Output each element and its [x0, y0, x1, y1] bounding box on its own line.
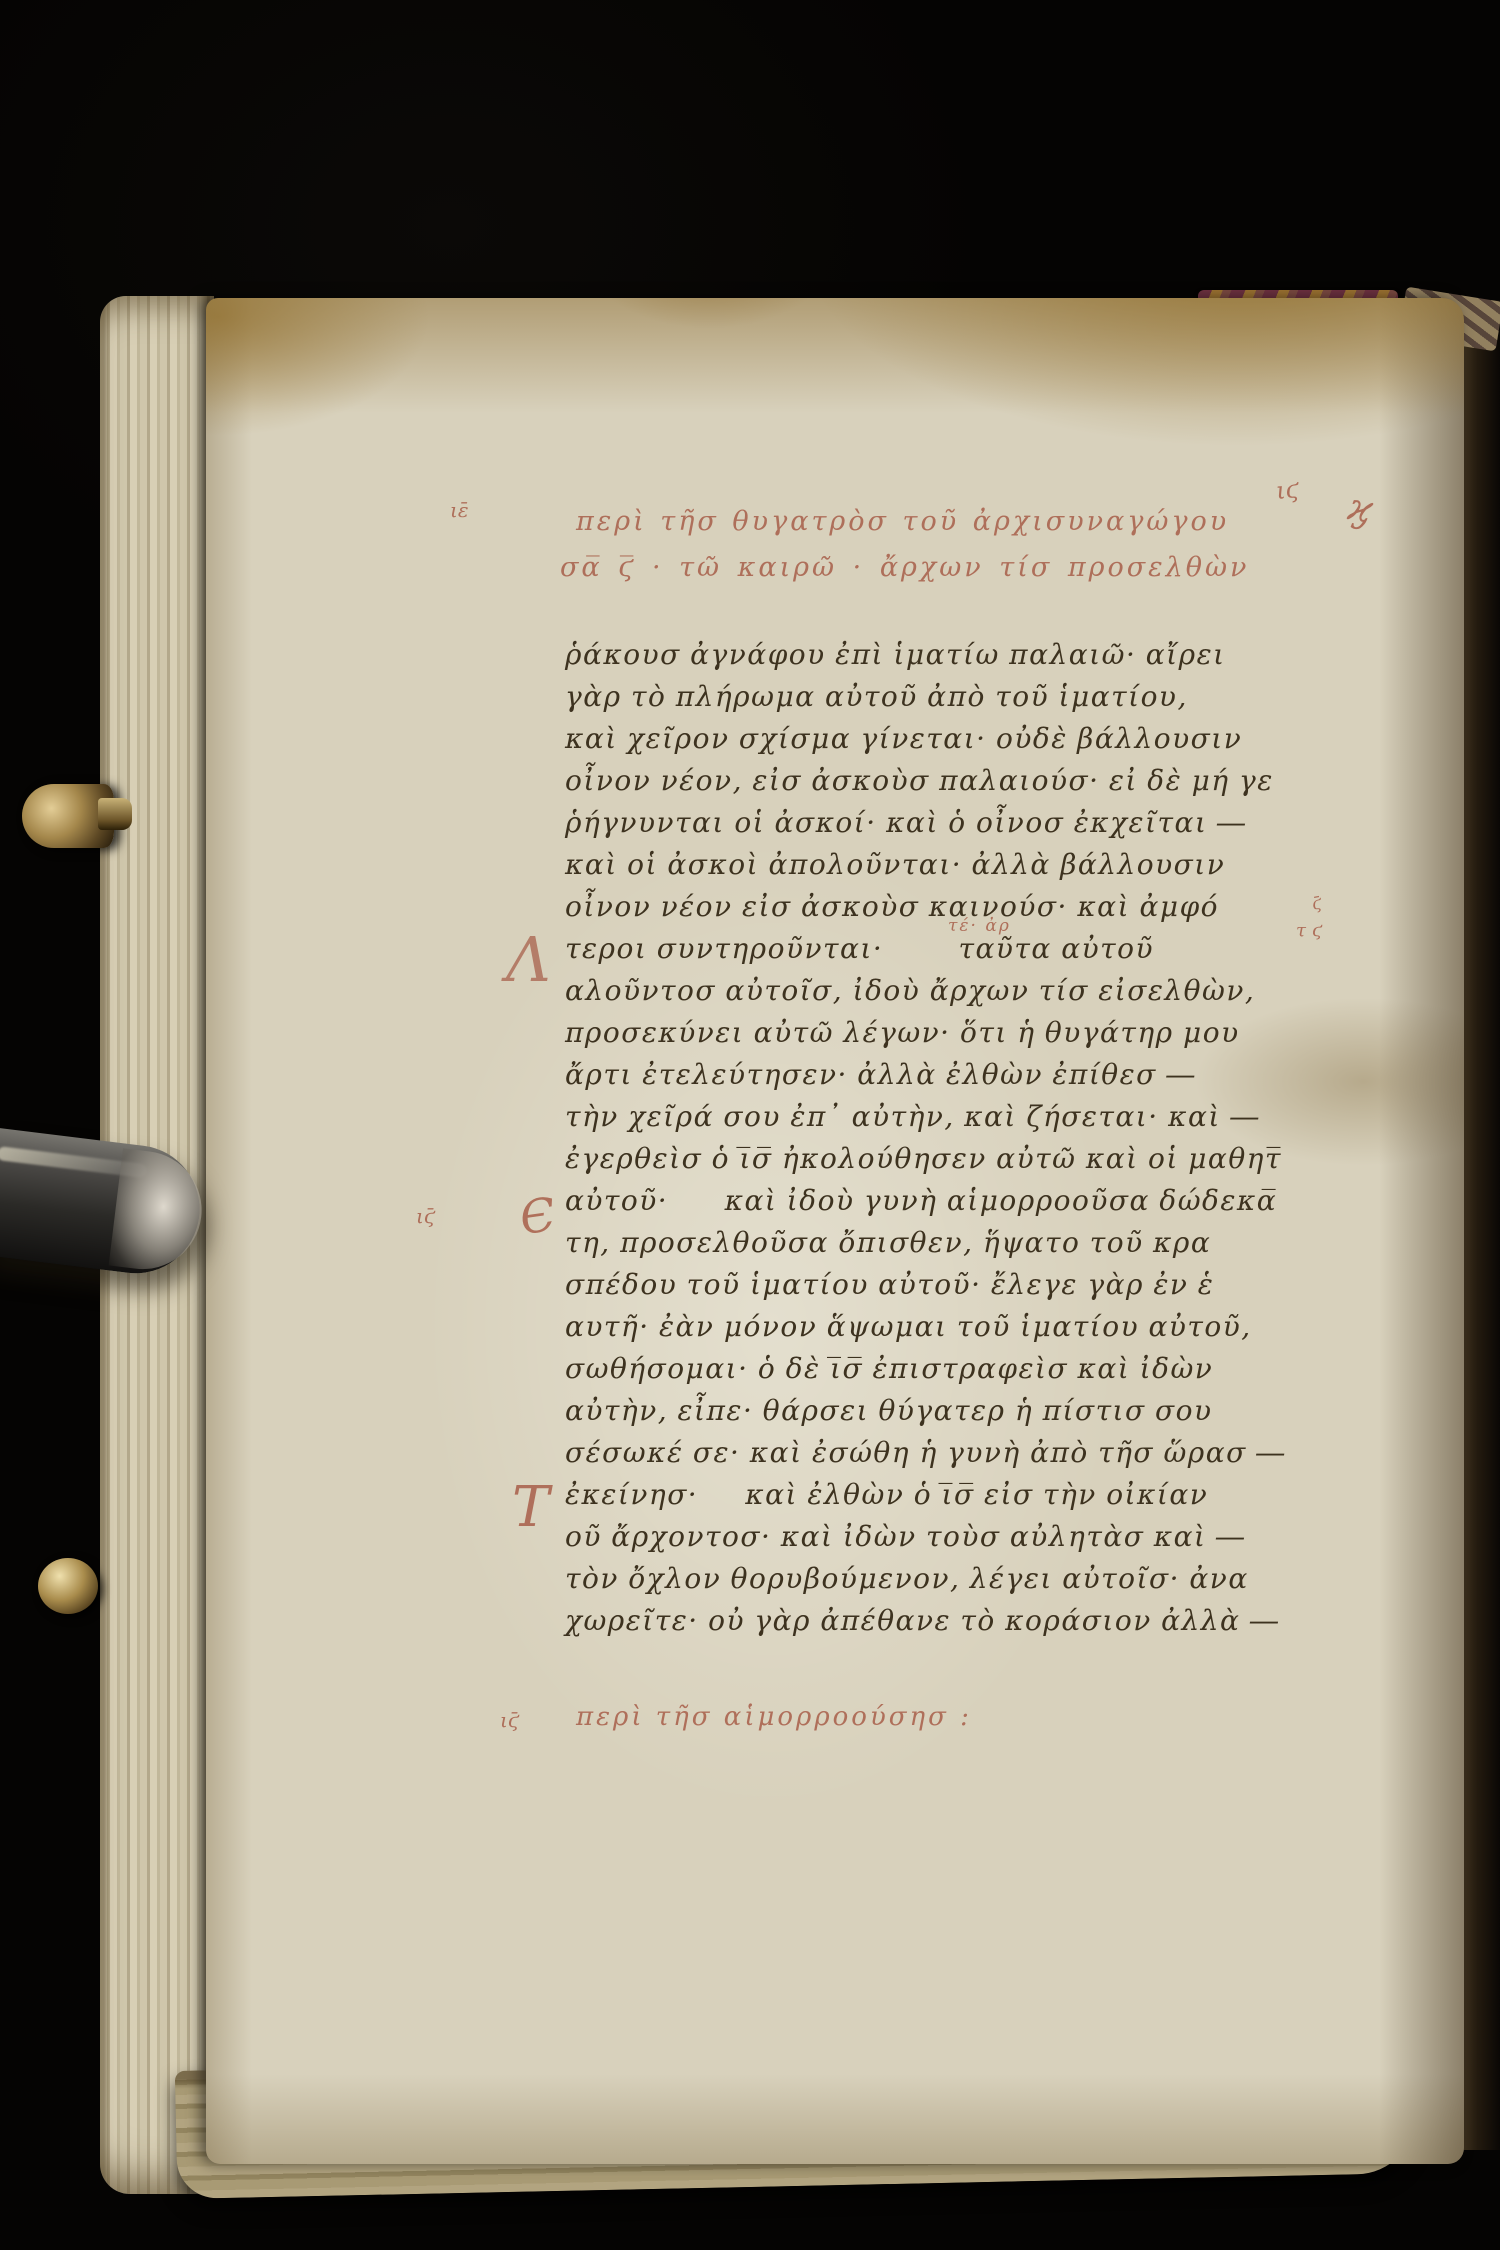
text-line: γὰρ τὸ πλήρωμα αὐτοῦ ἀπὸ τοῦ ἱματίου, [565, 676, 1365, 718]
text-line: σπέδου τοῦ ἱματίου αὐτοῦ· ἔλεγε γὰρ ἐν ἑ [565, 1264, 1365, 1306]
text-line: αὐτοῦ· καὶ ἰδοὺ γυνὴ αἱμορροοῦσα δώδεκα̅ [565, 1180, 1365, 1222]
photograph-stage: ιε̄ περὶ τῆσ θυγατρὸσ τοῦ ἀρχισυναγώγου … [0, 0, 1500, 2250]
text-line: τὸν ὄχλον θορυβούμενον, λέγει αὐτοῖσ· ἀν… [565, 1558, 1365, 1600]
text-line: τη, προσελθοῦσα ὄπισθεν, ἥψατο τοῦ κρα [565, 1222, 1365, 1264]
clasp-pin-lower [38, 1558, 98, 1614]
main-text-block: ῥάκουσ ἀγνάφου ἐπὶ ἱματίω παλαιῶ· αἴρειγ… [565, 634, 1365, 1642]
kephalaion-number-16-margin: ιϛ̄ [416, 1204, 435, 1228]
text-line: σέσωκέ σε· καὶ ἐσώθη ἡ γυνὴ ἀπὸ τῆσ ὥρασ… [565, 1432, 1365, 1474]
red-initial-lambda: Λ [506, 930, 551, 990]
text-line: ῥάκουσ ἀγνάφου ἐπὶ ἱματίω παλαιῶ· αἴρει [565, 634, 1365, 676]
text-line: ἐκείνησ· καὶ ἐλθὼν ὁ ι̅σ̅ εἰσ τὴν οἰκίαν [565, 1474, 1365, 1516]
right-margin-lection-mark-bottom: τϛ [1296, 920, 1328, 941]
text-line: σωθήσομαι· ὁ δὲ ι̅σ̅ ἐπιστραφεὶσ καὶ ἰδὼ… [565, 1348, 1365, 1390]
text-line: καὶ χεῖρον σχίσμα γίνεται· οὐδὲ βάλλουσι… [565, 718, 1365, 760]
text-line: αυτῆ· ἐὰν μόνον ἅψωμαι τοῦ ἱματίου αὐτοῦ… [565, 1306, 1365, 1348]
text-line: οῦ ἄρχοντοσ· καὶ ἰδὼν τοὺσ αὐλητὰσ καὶ ― [565, 1516, 1365, 1558]
text-line: οἶνον νέον, εἰσ ἀσκοὺσ παλαιούσ· εἰ δὲ μ… [565, 760, 1365, 802]
rubric-heading-line2: σα̅ ϛ̅ · τῶ καιρῶ · ἄρχων τίσ προσελθὼν [560, 552, 1249, 583]
inline-lection-mark: τέ· ἀρ [948, 916, 1011, 936]
text-line: τὴν χεῖρά σου ἐπ᾽ αὐτὴν, καὶ ζήσεται· κα… [565, 1096, 1365, 1138]
text-line: προσεκύνει αὐτῶ λέγων· ὅτι ἡ θυγάτηρ μου [565, 1012, 1365, 1054]
text-line: ἄρτι ἐτελεύτησεν· ἀλλὰ ἐλθὼν ἐπίθεσ ― [565, 1054, 1365, 1096]
kephalaion-number-15: ιε̄ [450, 498, 469, 522]
corner-red-mark-1: ιϛ [1275, 475, 1301, 505]
footer-rubric-title: περὶ τῆσ αἱμορροούσησ : [576, 1702, 972, 1732]
text-line: αὐτὴν, εἶπε· θάρσει θύγατερ ἡ πίστισ σου [565, 1390, 1365, 1432]
text-line: ἐγερθεὶσ ὁ ι̅σ̅ ἠκολούθησεν αὐτῶ καὶ οἱ … [565, 1138, 1365, 1180]
red-initial-epsilon: Є [517, 1190, 559, 1242]
text-line: χωρεῖτε· οὐ γὰρ ἀπέθανε τὸ κοράσιον ἀλλὰ… [565, 1600, 1365, 1642]
red-initial-tau: Τ [512, 1480, 549, 1536]
clasp-pin-upper [22, 784, 114, 848]
spine-gutter-shadow [1458, 300, 1500, 2150]
footer-kephalaion-number: ιϛ̄ [500, 1708, 519, 1732]
text-line: αλοῦντοσ αὐτοῖσ, ἰδοὺ ἄρχων τίσ εἰσελθὼν… [565, 970, 1365, 1012]
text-line: καὶ οἱ ἀσκοὶ ἀπολοῦνται· ἀλλὰ βάλλουσιν [565, 844, 1365, 886]
rubric-heading-line1: περὶ τῆσ θυγατρὸσ τοῦ ἀρχισυναγώγου [576, 506, 1229, 537]
text-line: ῥήγνυνται οἱ ἀσκοί· καὶ ὁ οἶνοσ ἐκχεῖται… [565, 802, 1365, 844]
